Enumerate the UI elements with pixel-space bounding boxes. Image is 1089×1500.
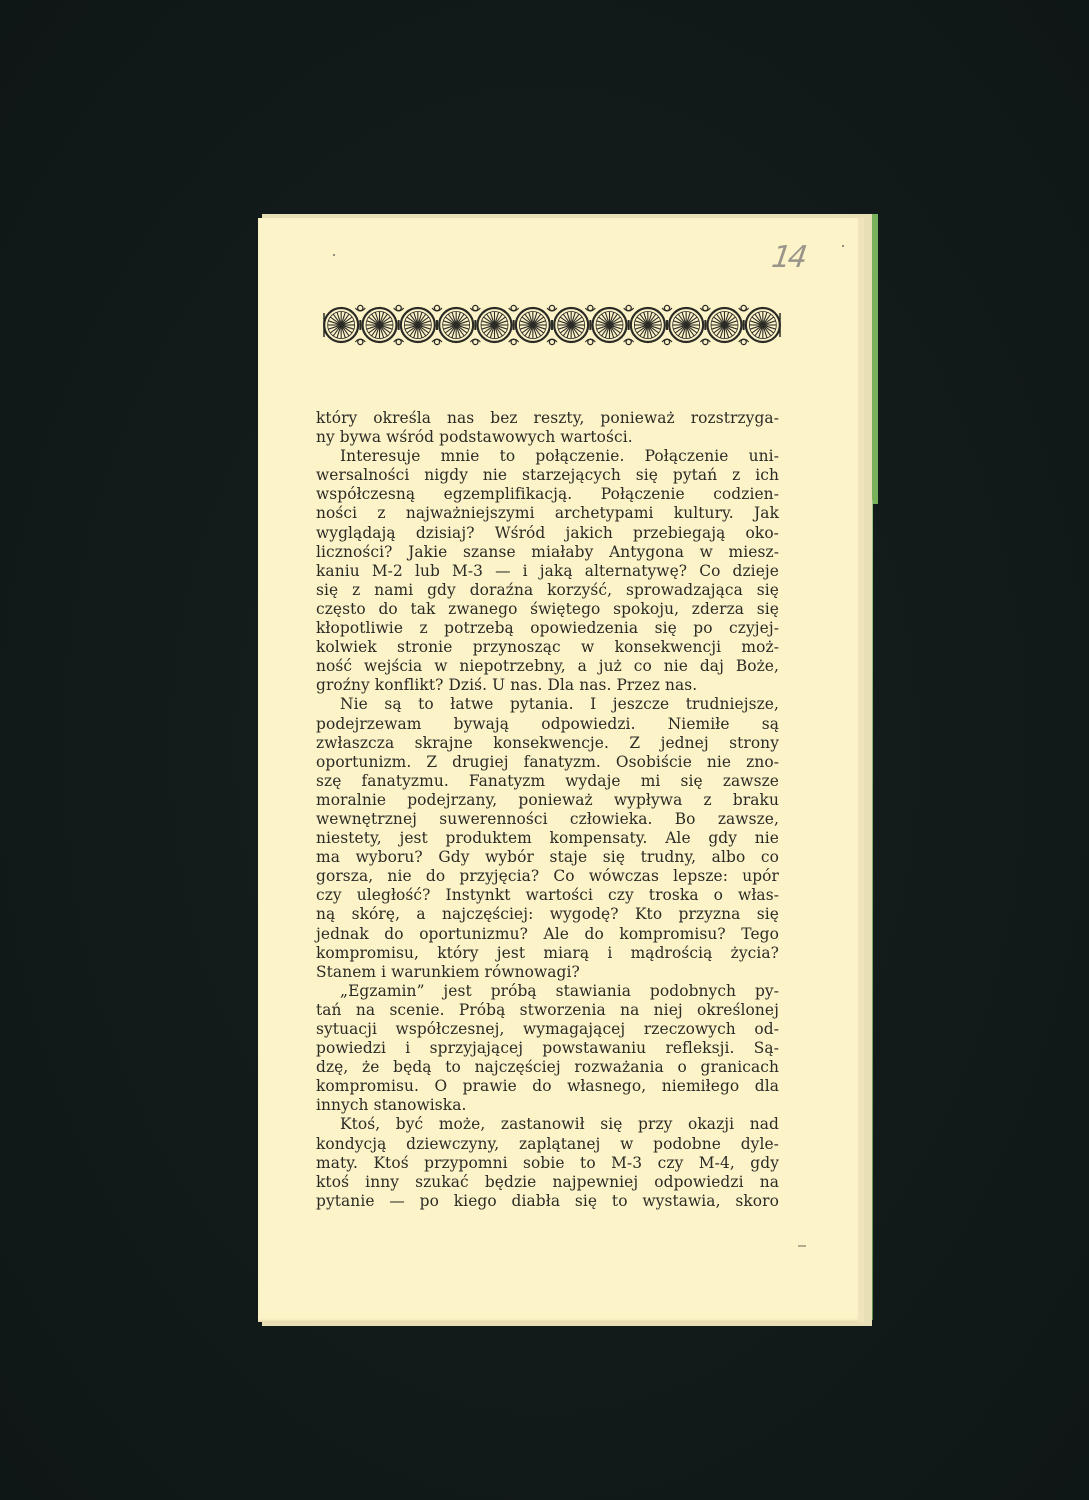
text-line: tań na scenie. Próbą stworzenia na niej … <box>316 1001 779 1020</box>
paragraph: „Egzamin” jest próbą stawiania podobnych… <box>316 982 779 1116</box>
text-line: kondycją dziewczyny, zaplątanej w podobn… <box>316 1135 779 1154</box>
paragraph: Nie są to łatwe pytania. I jeszcze trudn… <box>316 695 779 981</box>
text-line: sytuacji współczesnej, wymagającej rzecz… <box>316 1020 779 1039</box>
text-line: dzę, że będą to najczęściej rozważania o… <box>316 1058 779 1077</box>
text-line: kłopotliwie z potrzebą opowiedzenia się … <box>316 619 779 638</box>
text-line: Ktoś, być może, zastanowił się przy okaz… <box>316 1115 779 1134</box>
rosette-ornament-band <box>322 304 782 346</box>
text-line: Nie są to łatwe pytania. I jeszcze trudn… <box>316 695 779 714</box>
text-line: „Egzamin” jest próbą stawiania podobnych… <box>316 982 779 1001</box>
text-line: ną skórę, a najczęściej: wygodę? Kto prz… <box>316 905 779 924</box>
text-line: oportunizm. Z drugiej fanatyzm. Osobiści… <box>316 753 779 772</box>
text-line: ma wyboru? Gdy wybór staje się trudny, a… <box>316 848 779 867</box>
text-line: liczności? Jakie szanse miałaby Antygona… <box>316 543 779 562</box>
text-line: zwłaszcza skrajne konsekwencje. Z jednej… <box>316 734 779 753</box>
text-line: się z nami gdy doraźna korzyść, sprowadz… <box>316 581 779 600</box>
text-line: ność wejścia w niepotrzebny, a już co ni… <box>316 657 779 676</box>
paper-speck <box>333 254 335 256</box>
text-line: Stanem i warunkiem równowagi? <box>316 963 779 982</box>
text-line: ności z najważniejszymi archetypami kult… <box>316 504 779 523</box>
text-line: wyglądają dzisiaj? Wśród jakich przebieg… <box>316 524 779 543</box>
paper-mark <box>798 1245 806 1247</box>
text-line: niestety, jest produktem kompensaty. Ale… <box>316 829 779 848</box>
text-line: szę fanatyzmu. Fanatyzm wydaje mi się za… <box>316 772 779 791</box>
text-line: który określa nas bez reszty, ponieważ r… <box>316 409 779 428</box>
text-line: współczesną egzemplifikacją. Połączenie … <box>316 485 779 504</box>
text-line: podejrzewam bywają odpowiedzi. Niemiłe s… <box>316 715 779 734</box>
text-line: ny bywa wśród podstawowych wartości. <box>316 428 779 447</box>
paragraph: Ktoś, być może, zastanowił się przy okaz… <box>316 1115 779 1210</box>
text-line: często do tak zwanego świętego spokoju, … <box>316 600 779 619</box>
text-line: powiedzi i sprzyjającej powstawaniu refl… <box>316 1039 779 1058</box>
text-line: czy uległość? Instynkt wartości czy tros… <box>316 886 779 905</box>
text-line: moralnie podejrzany, ponieważ wypływa z … <box>316 791 779 810</box>
text-line: gorsza, nie do przyjęcia? Co wówczas lep… <box>316 867 779 886</box>
handwritten-page-number: 14 <box>770 240 807 275</box>
text-line: groźny konflikt? Dziś. U nas. Dla nas. P… <box>316 676 779 695</box>
body-text: który określa nas bez reszty, ponieważ r… <box>316 409 779 1211</box>
text-line: Interesuje mnie to połączenie. Połączeni… <box>316 447 779 466</box>
text-line: kaniu M-2 lub M-3 — i jaką alternatywę? … <box>316 562 779 581</box>
text-line: innych stanowiska. <box>316 1096 779 1115</box>
text-line: kompromisu. O prawie do własnego, niemił… <box>316 1077 779 1096</box>
text-line: wewnętrznej suwerenności człowieka. Bo z… <box>316 810 779 829</box>
paragraph: Interesuje mnie to połączenie. Połączeni… <box>316 447 779 695</box>
text-line: maty. Ktoś przypomni sobie to M-3 czy M-… <box>316 1154 779 1173</box>
text-line: kolwiek stronie przynosząc w konsekwencj… <box>316 638 779 657</box>
page-fold-edge <box>858 218 864 1322</box>
text-line: ktoś inny szukać będzie najpewniej odpow… <box>316 1173 779 1192</box>
text-line: jednak do oportunizmu? Ale do kompromisu… <box>316 925 779 944</box>
text-line: pytanie — po kiego diabła się to wystawi… <box>316 1192 779 1211</box>
paper-speck <box>842 245 844 247</box>
text-line: wersalności nigdy nie starzejących się p… <box>316 466 779 485</box>
paragraph: który określa nas bez reszty, ponieważ r… <box>316 409 779 447</box>
text-line: kompromisu, który jest miarą i mądrością… <box>316 944 779 963</box>
